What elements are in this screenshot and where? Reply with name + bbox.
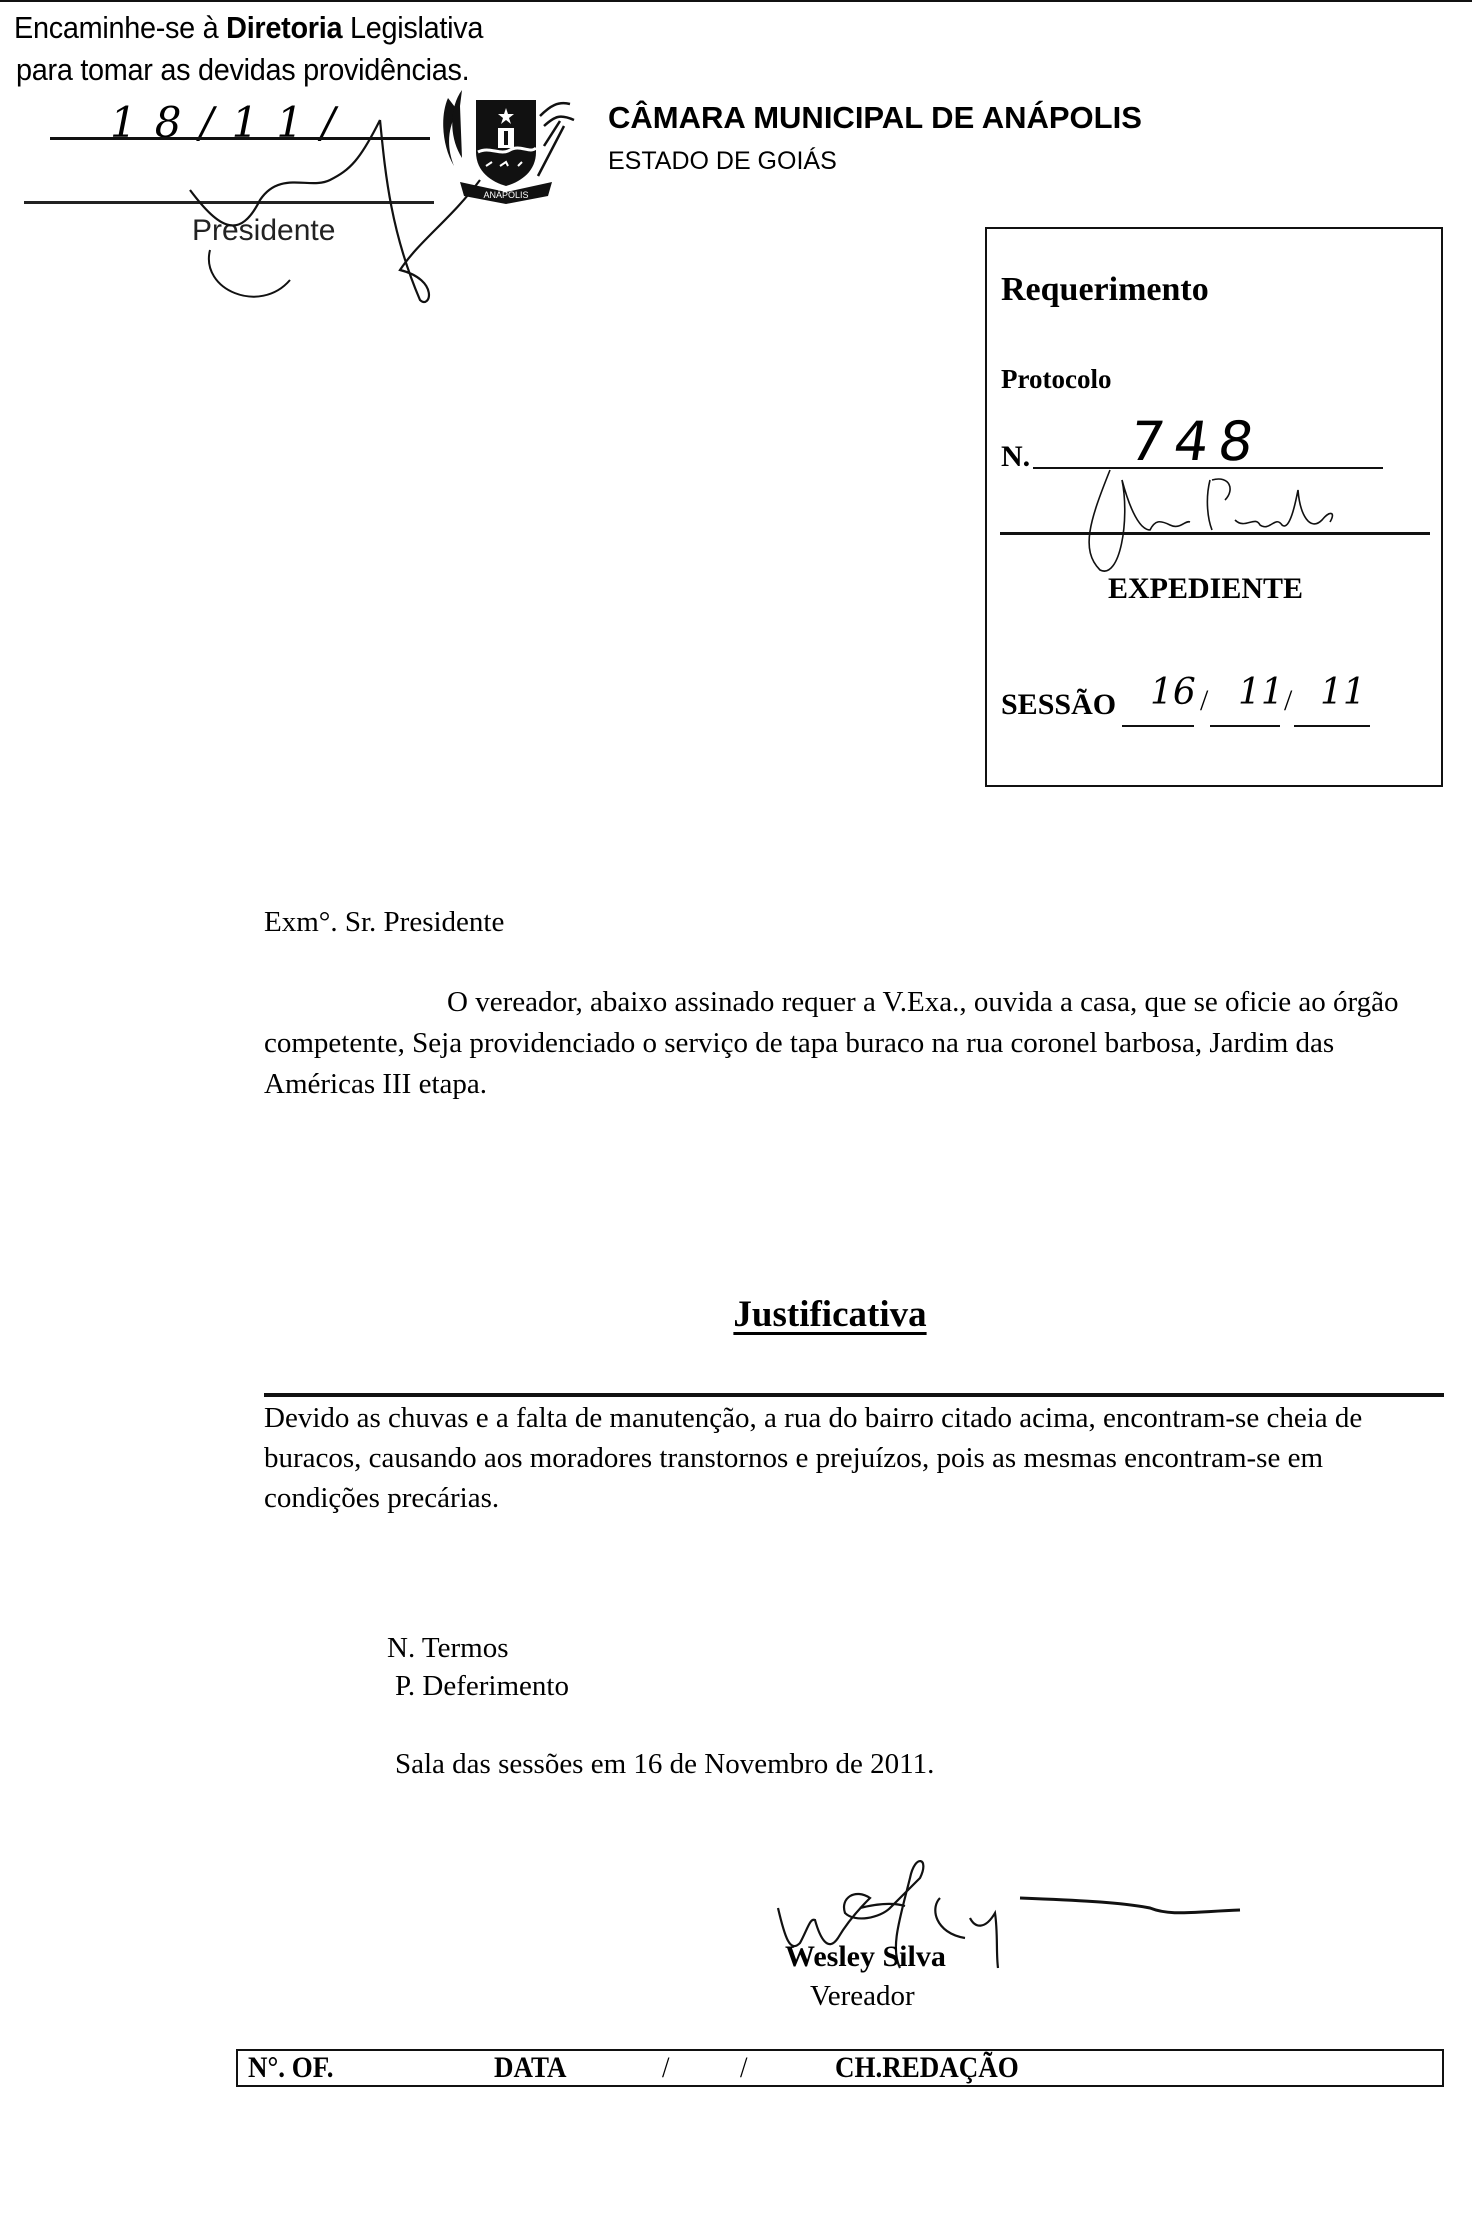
svg-text:ANÁPOLIS: ANÁPOLIS: [483, 190, 528, 200]
session-month-value: 11: [1238, 672, 1284, 713]
stamp-instruction-line-2: para tomar as devidas providências.: [16, 52, 469, 88]
place-and-date: Sala das sessões em 16 de Novembro de 20…: [395, 1748, 934, 1781]
stamp-text-bold: Diretoria: [226, 10, 342, 45]
stamp-instruction-line-1: Encaminhe-se à Diretoria Legislativa: [14, 10, 483, 46]
clerk-signature-scribble: [1060, 460, 1380, 580]
justification-paragraph: Devido as chuvas e a falta de manutenção…: [264, 1398, 1444, 1518]
closing-terms: N. Termos: [387, 1632, 508, 1665]
stamp-text: Encaminhe-se à: [14, 10, 226, 45]
coat-of-arms-icon: ANÁPOLIS: [440, 86, 580, 206]
signer-role: Vereador: [810, 1980, 915, 2013]
date-separator: /: [662, 2051, 670, 2085]
document-type-title: Requerimento: [1001, 271, 1209, 309]
session-separator: /: [1200, 684, 1208, 718]
protocol-number-label: N.: [1001, 440, 1030, 474]
signer-name: Wesley Silva: [785, 1940, 946, 1974]
page-top-border: [0, 0, 1472, 2]
session-year-value: 11: [1320, 672, 1366, 713]
closing-request: P. Deferimento: [395, 1670, 569, 1703]
date-label: DATA: [494, 2051, 567, 2085]
justification-divider: [264, 1393, 1444, 1397]
date-separator: /: [740, 2051, 748, 2085]
office-number-label: N°. OF.: [248, 2051, 334, 2085]
drafting-label: CH.REDAÇÃO: [835, 2051, 1019, 2085]
expediente-signature-line: [1000, 532, 1430, 535]
stamp-text: Legislativa: [342, 10, 483, 45]
session-month-line: [1210, 725, 1280, 727]
session-label: SESSÃO: [1001, 688, 1116, 722]
justification-title: Justificativa: [0, 1293, 1472, 1336]
session-day-line: [1122, 725, 1194, 727]
session-day-value: 16: [1150, 672, 1196, 713]
session-year-line: [1294, 725, 1370, 727]
salutation: Exm°. Sr. Presidente: [264, 906, 504, 939]
request-paragraph: O vereador, abaixo assinado requer a V.E…: [264, 982, 1424, 1105]
protocol-label: Protocolo: [1001, 364, 1111, 395]
session-separator: /: [1284, 684, 1292, 718]
president-signature-scribble: [150, 110, 490, 310]
organization-state: ESTADO DE GOIÁS: [608, 147, 837, 176]
expediente-label: EXPEDIENTE: [1108, 572, 1303, 606]
organization-name: CÂMARA MUNICIPAL DE ANÁPOLIS: [608, 100, 1142, 136]
